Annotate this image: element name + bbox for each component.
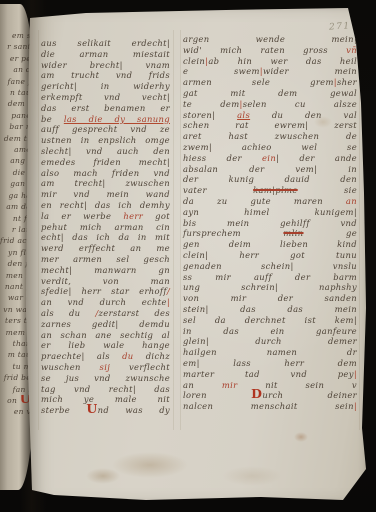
manuscript-line: wid' mich raten gross vn̄ bbox=[183, 45, 357, 56]
text-segment: la er werbe bbox=[41, 211, 123, 221]
text-segment: mlin bbox=[283, 228, 303, 238]
text-segment: wid' mich raten gross bbox=[183, 45, 346, 55]
text-segment: fursprechem bbox=[183, 228, 283, 238]
manuscript-line: loren Durch deiner bbox=[183, 390, 357, 401]
manuscript-line: also mach friden vnd bbox=[41, 168, 170, 179]
manuscript-line: mir vnd mein wand bbox=[41, 189, 170, 200]
text-segment: auff gesprecht vnd ze bbox=[41, 124, 170, 134]
manuscript-line: argen wende mein| bbox=[183, 34, 357, 45]
manuscript-line: der kunig dauid den bbox=[183, 174, 357, 185]
text-segment: em| lass herr dem bbox=[183, 358, 357, 368]
text-segment: marter tad vnd pey bbox=[183, 369, 354, 379]
text-segment: storen| bbox=[183, 110, 237, 120]
red-initial-capital: U bbox=[86, 401, 97, 416]
manuscript-line: vater kam|plme sie bbox=[183, 185, 357, 196]
text-segment: hiess der bbox=[183, 153, 262, 163]
text-segment: praechte| als bbox=[41, 351, 122, 361]
text-segment: werd erffecht an me bbox=[41, 243, 170, 253]
text-segment: bis mein gehilff vnd bbox=[183, 218, 357, 228]
text-segment: das erst benamen er bbox=[41, 103, 170, 113]
text-segment: wider mein bbox=[263, 66, 357, 76]
text-segment: sie bbox=[298, 185, 357, 195]
text-segment: nd was dy bbox=[98, 405, 170, 415]
parchment-stain bbox=[314, 116, 332, 128]
text-segment: er lieb wale hange bbox=[41, 340, 170, 350]
manuscript-line: aret hast zwuschen de bbox=[183, 131, 357, 142]
manuscript-line: em| lass herr dem bbox=[183, 358, 357, 369]
text-segment: selen cu alsze bbox=[243, 99, 357, 109]
text-segment: sfedie| herr star erhoff bbox=[41, 286, 167, 296]
text-segment: sel da derchnet ist kem| bbox=[183, 315, 357, 325]
manuscript-line: bis mein gehilff vnd bbox=[183, 218, 357, 229]
manuscript-line: absalan der vem| in bbox=[183, 164, 357, 175]
manuscript-line: sterbe Und was dy bbox=[41, 405, 170, 416]
text-segment: dichz bbox=[134, 351, 170, 361]
text-segment: urch deiner bbox=[262, 390, 357, 400]
text-segment: stein| das das mein bbox=[183, 304, 357, 314]
manuscript-line: hailgen namen dr bbox=[183, 347, 357, 358]
manuscript-line: wider brecht| vnam bbox=[41, 60, 170, 71]
text-column-left: aus selikait erdecht|die arman miestaitw… bbox=[41, 38, 170, 416]
text-segment: ein bbox=[262, 153, 276, 163]
text-segment: gen deim lieben kind bbox=[183, 239, 357, 249]
parchment-stain bbox=[86, 468, 120, 484]
text-segment: ab hin wer das heil bbox=[208, 56, 357, 66]
text-segment: mer armen sel gesch bbox=[41, 254, 170, 264]
text-segment: on bbox=[7, 396, 20, 405]
manuscript-line: marter tad vnd pey| bbox=[183, 369, 357, 380]
text-segment: | der ande bbox=[276, 153, 357, 163]
text-segment: an bbox=[346, 196, 357, 206]
manuscript-line: ustnen in enpslich omge bbox=[41, 135, 170, 146]
text-column-right: argen wende mein|wid' mich raten gross v… bbox=[183, 34, 357, 412]
text-segment: ung schrein| naphshy bbox=[183, 282, 357, 292]
manuscript-line: gericht| in widerhy bbox=[41, 81, 170, 92]
text-segment: zarnes gedit| demdu bbox=[41, 319, 170, 329]
text-segment: als du bbox=[41, 308, 95, 318]
manuscript-line: slecht| vnd auch den bbox=[41, 146, 170, 157]
manuscript-line: zwem| achieo wel se bbox=[183, 142, 357, 153]
text-segment: sterbe bbox=[41, 405, 86, 415]
text-segment: die arman miestait bbox=[41, 49, 170, 59]
text-segment: wuschen bbox=[41, 362, 100, 372]
text-segment: genaden schein| vnslu bbox=[183, 261, 357, 271]
text-segment: hailgen namen dr bbox=[183, 347, 357, 357]
manuscript-line: gat mit dem gewal bbox=[183, 88, 357, 99]
text-segment: slecht| vnd auch den bbox=[41, 146, 170, 156]
manuscript-line: clein|ab hin wer das heil bbox=[183, 56, 357, 67]
manuscript-line: auff gesprecht vnd ze bbox=[41, 124, 170, 135]
manuscript-line: an schan ane sechtig al bbox=[41, 330, 170, 341]
manuscript-line: sel da derchnet ist kem| bbox=[183, 315, 357, 326]
text-segment: | bbox=[167, 297, 170, 307]
text-segment: te dem bbox=[183, 99, 240, 109]
manuscript-line: an mir nit sein v bbox=[183, 380, 357, 391]
text-segment: pehut mich arman cin bbox=[41, 222, 170, 232]
text-segment: an schan ane sechtig al bbox=[41, 330, 170, 340]
manuscript-line: mich ye male nit bbox=[41, 394, 170, 405]
manuscript-line: er lieb wale hange bbox=[41, 340, 170, 351]
manuscript-line: se jus vnd zwunsche bbox=[41, 373, 170, 384]
text-segment: ge bbox=[304, 228, 357, 238]
text-segment: an bbox=[183, 380, 222, 390]
manuscript-line: armen sele grem|sher bbox=[183, 77, 357, 88]
parchment-stain bbox=[112, 452, 188, 478]
manuscript-line: en recht| das ich demhy bbox=[41, 200, 170, 211]
text-segment: armen sele grem bbox=[183, 77, 334, 87]
text-segment: / bbox=[167, 286, 170, 296]
text-segment: en recht| das ich demhy bbox=[41, 200, 170, 210]
manuscript-line: pehut mich arman cin bbox=[41, 222, 170, 233]
manuscript-line: stein| das das mein bbox=[183, 304, 357, 315]
text-segment: in das ein ganfeure bbox=[183, 326, 357, 336]
text-segment: clein bbox=[183, 56, 205, 66]
manuscript-line: e swem|wider mein bbox=[183, 66, 357, 77]
manuscript-line: mecht| manwarn gn bbox=[41, 265, 170, 276]
text-segment: echt| das ich da in mit bbox=[41, 232, 170, 242]
text-segment: vater bbox=[183, 185, 253, 195]
text-segment: las die dy sanung bbox=[64, 114, 170, 124]
text-segment: mir vnd mein wand bbox=[41, 189, 170, 199]
text-segment: mich ye male nit bbox=[41, 394, 170, 404]
text-segment: verflecht bbox=[110, 362, 170, 372]
text-segment: wider brecht| vnam bbox=[41, 60, 170, 70]
manuscript-line: werd erffecht an me bbox=[41, 243, 170, 254]
manuscript-line: mer armen sel gesch bbox=[41, 254, 170, 265]
text-segment: mir bbox=[222, 380, 238, 390]
text-segment: da zu gute maren bbox=[183, 196, 346, 206]
text-segment: argen wende mein| bbox=[183, 34, 357, 44]
manuscript-line: als du /zerstarst des bbox=[41, 308, 170, 319]
manuscript-line: be las die dy sanung bbox=[41, 114, 170, 125]
text-segment: e swem bbox=[183, 66, 260, 76]
text-segment: got bbox=[143, 211, 170, 221]
text-segment: | bbox=[354, 369, 357, 379]
text-segment: an vnd durch echte bbox=[41, 297, 167, 307]
text-segment: gat mit dem gewal bbox=[183, 88, 357, 98]
text-segment: du bbox=[122, 351, 133, 361]
text-segment: sher bbox=[337, 77, 357, 87]
manuscript-line: gen deim lieben kind bbox=[183, 239, 357, 250]
text-segment: clein| herr got tunu bbox=[183, 250, 357, 260]
manuscript-line: la er werbe herr got bbox=[41, 211, 170, 222]
manuscript-line: da zu gute maren an bbox=[183, 196, 357, 207]
manuscript-line: die arman miestait bbox=[41, 49, 170, 60]
text-segment: glein| durch demer bbox=[183, 336, 357, 346]
text-segment: ayn himel kunigem| bbox=[183, 207, 357, 217]
text-segment: se jus vnd zwunsche bbox=[41, 373, 170, 383]
manuscript-line: genaden schein| vnslu bbox=[183, 261, 357, 272]
manuscript-line: tag vnd recht| das bbox=[41, 384, 170, 395]
manuscript-line: an vnd durch echte| bbox=[41, 297, 170, 308]
text-segment: absalan der vem| in bbox=[183, 164, 357, 174]
text-segment: aret hast zwuschen de bbox=[183, 131, 357, 141]
manuscript-line: das erst benamen er bbox=[41, 103, 170, 114]
manuscript-line: zarnes gedit| demdu bbox=[41, 319, 170, 330]
manuscript-line: am trucht vnd frids bbox=[41, 70, 170, 81]
text-segment: der kunig dauid den bbox=[183, 174, 357, 184]
manuscript-line: aus selikait erdecht| bbox=[41, 38, 170, 49]
text-segment: vn̄ bbox=[346, 45, 357, 55]
manuscript-line: clein| herr got tunu bbox=[183, 250, 357, 261]
manuscript-line: verdit, von man bbox=[41, 276, 170, 287]
manuscript-line: emedes friden mecht| bbox=[41, 157, 170, 168]
text-segment: emedes friden mecht| bbox=[41, 157, 170, 167]
manuscript-line: echt| das ich da in mit bbox=[41, 232, 170, 243]
parchment-stain bbox=[294, 432, 308, 442]
manuscript-line: te dem|selen cu alsze bbox=[183, 99, 357, 110]
ruling-line bbox=[38, 30, 39, 430]
text-segment: be bbox=[41, 114, 64, 124]
red-initial-capital: D bbox=[251, 386, 262, 401]
text-segment: erkempft vnd vecht| bbox=[41, 92, 170, 102]
manuscript-leaf: 271 aus selikait erdecht|die arman miest… bbox=[26, 8, 366, 502]
text-segment: zerstarst des bbox=[99, 308, 170, 318]
text-segment: als bbox=[237, 110, 250, 120]
manuscript-line: erkempft vnd vecht| bbox=[41, 92, 170, 103]
ruling-line bbox=[173, 30, 174, 430]
text-segment: nalcen menschait sein bbox=[183, 401, 354, 411]
manuscript-line: ss mir auff der barm bbox=[183, 272, 357, 283]
manuscript-line: hiess der ein| der ande bbox=[183, 153, 357, 164]
manuscript-line: von mir der sanden bbox=[183, 293, 357, 304]
text-segment: am trecht| zwuschen bbox=[41, 178, 170, 188]
manuscript-line: ayn himel kunigem| bbox=[183, 207, 357, 218]
text-segment: ss mir auff der barm bbox=[183, 272, 357, 282]
manuscript-line: wuschen sij verflecht bbox=[41, 362, 170, 373]
ruling-line bbox=[180, 30, 181, 430]
text-segment: gericht| in widerhy bbox=[41, 81, 170, 91]
manuscript-line: praechte| als du dichz bbox=[41, 351, 170, 362]
text-segment: | bbox=[354, 401, 357, 411]
ruling-line bbox=[359, 30, 360, 430]
text-segment: verdit, von man bbox=[41, 276, 170, 286]
manuscript-line: glein| durch demer bbox=[183, 336, 357, 347]
text-segment: ustnen in enpslich omge bbox=[41, 135, 170, 145]
text-segment: sij bbox=[100, 362, 111, 372]
manuscript-line: am trecht| zwuschen bbox=[41, 178, 170, 189]
text-segment: herr bbox=[123, 211, 143, 221]
text-segment: zwem| achieo wel se bbox=[183, 142, 357, 152]
text-segment: aus selikait erdecht| bbox=[41, 38, 170, 48]
manuscript-line: fursprechem mlin ge bbox=[183, 228, 357, 239]
text-segment: von mir der sanden bbox=[183, 293, 357, 303]
text-segment: loren bbox=[183, 390, 251, 400]
manuscript-line: ung schrein| naphshy bbox=[183, 282, 357, 293]
text-segment: also mach friden vnd bbox=[41, 168, 170, 178]
manuscript-line: in das ein ganfeure bbox=[183, 326, 357, 337]
text-segment: mecht| manwarn gn bbox=[41, 265, 170, 275]
manuscript-line: sfedie| herr star erhoff/ bbox=[41, 286, 170, 297]
folio-number: 271 bbox=[329, 21, 351, 32]
parchment-stain bbox=[222, 466, 282, 486]
text-segment: kam|plme bbox=[253, 185, 298, 195]
text-segment: du den val bbox=[250, 110, 357, 120]
text-segment: am trucht vnd frids bbox=[41, 70, 170, 80]
manuscript-line: nalcen menschait sein| bbox=[183, 401, 357, 412]
manuscript-photo: em sr santer pean dfane fn taudem tpaneb… bbox=[0, 0, 376, 512]
text-segment: tag vnd recht| das bbox=[41, 384, 170, 394]
